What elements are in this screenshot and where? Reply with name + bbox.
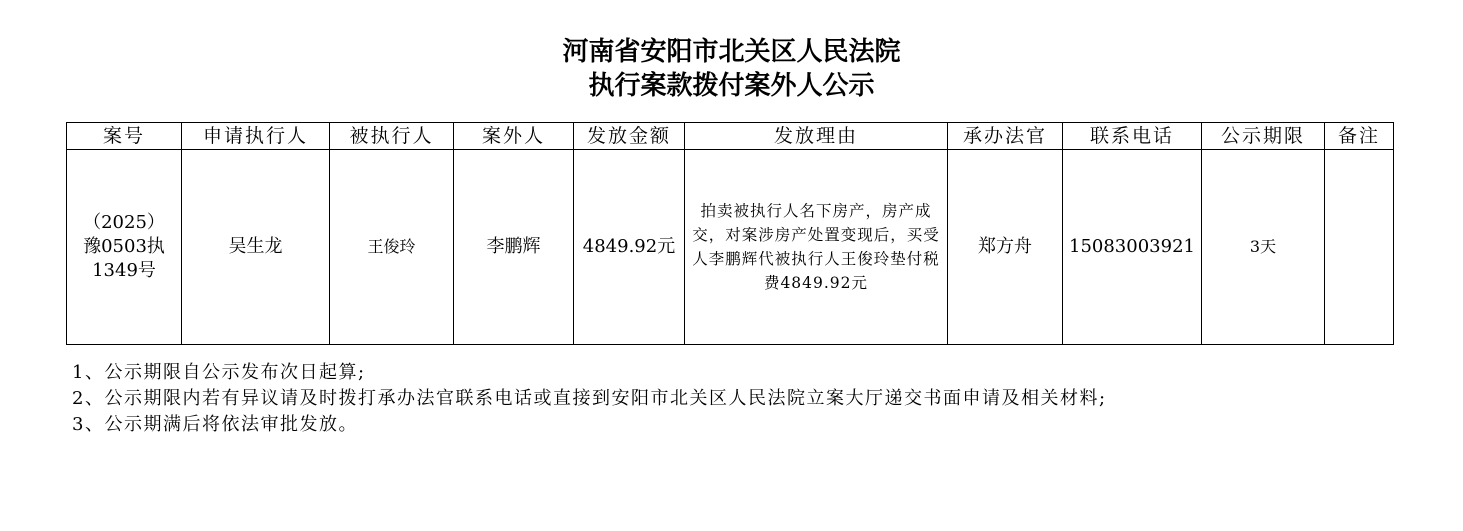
header-remark: 备注 <box>1325 123 1394 150</box>
note-item: 1、公示期限自公示发布次日起算; <box>72 360 1107 386</box>
header-case-number: 案号 <box>67 123 182 150</box>
disbursement-table: 案号 申请执行人 被执行人 案外人 发放金额 发放理由 承办法官 联系电话 公示… <box>66 122 1394 345</box>
table-header-row: 案号 申请执行人 被执行人 案外人 发放金额 发放理由 承办法官 联系电话 公示… <box>67 123 1394 150</box>
header-reason: 发放理由 <box>685 123 948 150</box>
header-applicant: 申请执行人 <box>182 123 330 150</box>
table-row: （2025） 豫0503执 1349号 吴生龙 王俊玲 李鹏辉 4849.92元… <box>67 150 1394 345</box>
document-title-court: 河南省安阳市北关区人民法院 <box>0 36 1463 68</box>
cell-reason: 拍卖被执行人名下房产，房产成交，对案涉房产处置变现后，买受人李鹏辉代被执行人王俊… <box>685 150 948 345</box>
cell-phone: 15083003921 <box>1063 150 1202 345</box>
cell-amount: 4849.92元 <box>574 150 685 345</box>
header-judge: 承办法官 <box>948 123 1063 150</box>
cell-applicant: 吴生龙 <box>182 150 330 345</box>
header-period: 公示期限 <box>1202 123 1325 150</box>
cell-outsider: 李鹏辉 <box>454 150 574 345</box>
cell-case-number: （2025） 豫0503执 1349号 <box>67 150 182 345</box>
header-outsider: 案外人 <box>454 123 574 150</box>
case-number-line: 豫0503执 <box>67 235 181 259</box>
cell-remark <box>1325 150 1394 345</box>
document-title-notice: 执行案款拨付案外人公示 <box>0 70 1463 102</box>
case-number-line: 1349号 <box>67 259 181 283</box>
header-amount: 发放金额 <box>574 123 685 150</box>
case-number-line: （2025） <box>67 211 181 235</box>
header-respondent: 被执行人 <box>330 123 454 150</box>
cell-period: 3天 <box>1202 150 1325 345</box>
note-item: 3、公示期满后将依法审批发放。 <box>72 412 1107 438</box>
header-phone: 联系电话 <box>1063 123 1202 150</box>
cell-respondent: 王俊玲 <box>330 150 454 345</box>
note-item: 2、公示期限内若有异议请及时拨打承办法官联系电话或直接到安阳市北关区人民法院立案… <box>72 386 1107 412</box>
notes-list: 1、公示期限自公示发布次日起算; 2、公示期限内若有异议请及时拨打承办法官联系电… <box>72 360 1107 438</box>
cell-judge: 郑方舟 <box>948 150 1063 345</box>
